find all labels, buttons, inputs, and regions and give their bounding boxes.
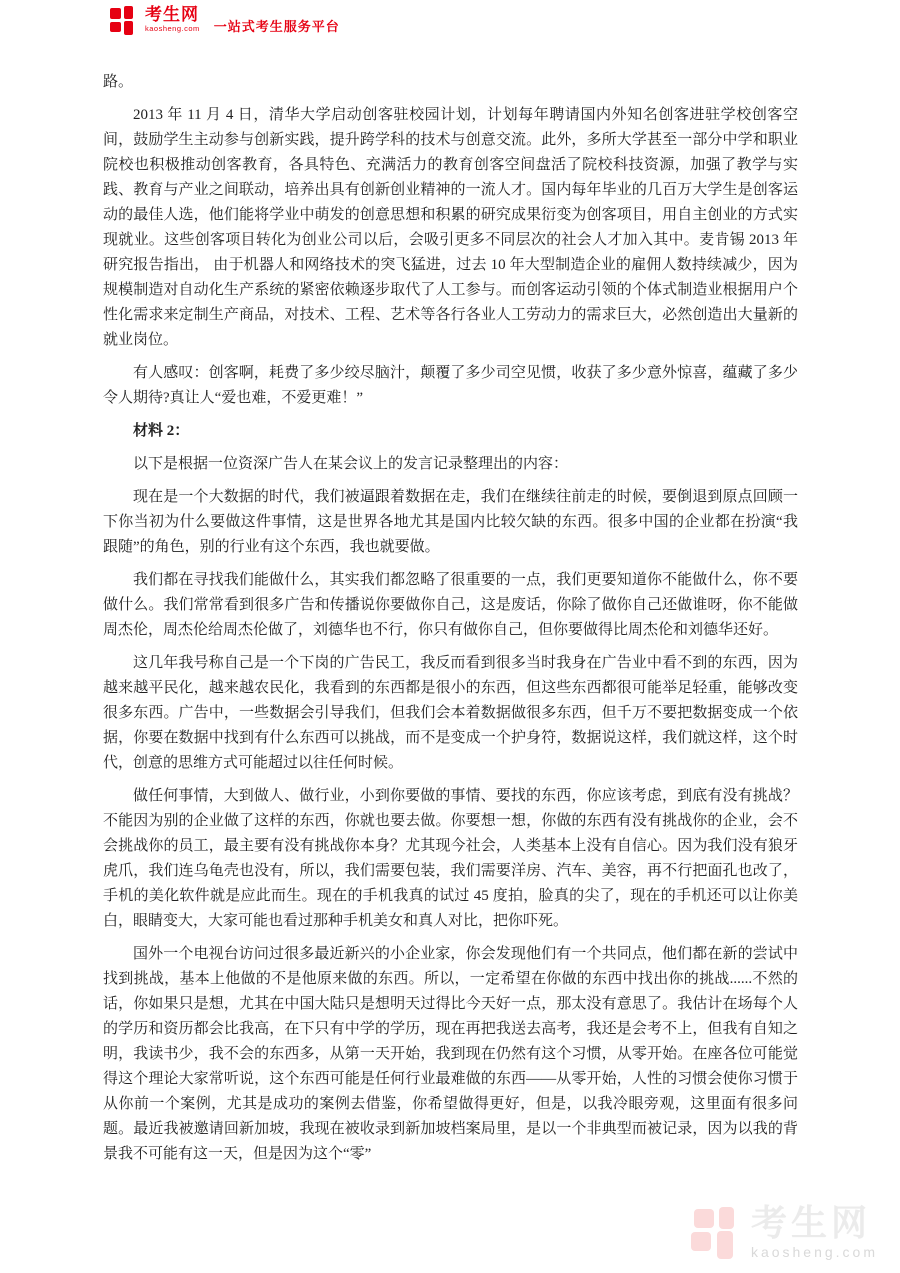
paragraph: 这几年我号称自己是一个下岗的广告民工，我反而看到很多当时我身在广告业中看不到的东… bbox=[103, 651, 798, 776]
watermark-brand-domain: kaosheng.com bbox=[751, 1245, 878, 1259]
paragraph: 路。 bbox=[103, 70, 798, 95]
brand-tagline: 一站式考生服务平台 bbox=[214, 16, 340, 35]
paragraph: 国外一个电视台访问过很多最近新兴的小企业家，你会发现他们有一个共同点，他们都在新… bbox=[103, 942, 798, 1167]
paragraph: 我们都在寻找我们能做什么，其实我们都忽略了很重要的一点，我们更要知道你不能做什么… bbox=[103, 568, 798, 643]
site-logo: 考生网 kaosheng.com 一站式考生服务平台 bbox=[110, 6, 340, 35]
logo-wordmark: 考生网 kaosheng.com bbox=[145, 6, 200, 33]
section-heading: 材料 2： bbox=[103, 419, 798, 444]
brand-domain: kaosheng.com bbox=[145, 25, 200, 33]
page-watermark: 考生网 kaosheng.com bbox=[691, 1205, 878, 1259]
document-body: 路。2013 年 11 月 4 日，清华大学启动创客驻校园计划，计划每年聘请国内… bbox=[103, 70, 798, 1167]
paragraph: 做任何事情，大到做人、做行业，小到你要做的事情、要找的东西，你应该考虑，到底有没… bbox=[103, 784, 798, 934]
paragraph: 现在是一个大数据的时代，我们被逼跟着数据在走，我们在继续往前走的时候，要倒退到原… bbox=[103, 485, 798, 560]
brand-name: 考生网 bbox=[145, 6, 200, 23]
paragraph: 2013 年 11 月 4 日，清华大学启动创客驻校园计划，计划每年聘请国内外知… bbox=[103, 103, 798, 353]
paragraph: 有人感叹：创客啊，耗费了多少绞尽脑汁，颠覆了多少司空见惯，收获了多少意外惊喜，蕴… bbox=[103, 361, 798, 411]
watermark-wordmark: 考生网 kaosheng.com bbox=[751, 1205, 878, 1259]
watermark-brand-name: 考生网 bbox=[751, 1205, 878, 1241]
paragraph: 以下是根据一位资深广告人在某会议上的发言记录整理出的内容： bbox=[103, 452, 798, 477]
kaosheng-watermark-icon bbox=[691, 1205, 741, 1259]
kaosheng-logo-icon bbox=[110, 6, 137, 33]
